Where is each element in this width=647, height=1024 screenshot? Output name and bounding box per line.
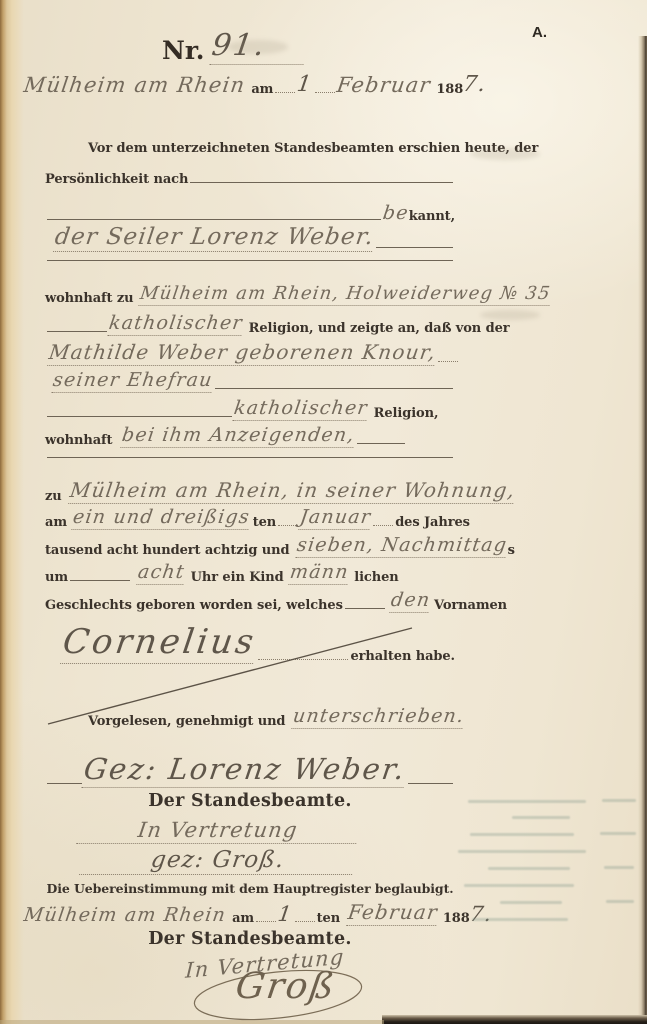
bleed-through-line	[500, 901, 562, 904]
cert-place: Mülheim am Rhein	[22, 904, 227, 926]
cert-month: Februar	[346, 900, 439, 926]
record-number-label: Nr.	[162, 36, 204, 65]
book-binding-edge	[0, 0, 24, 1024]
vorgelesen-label: Vorgelesen, genehmigt und	[88, 714, 285, 729]
bleed-through-line	[464, 884, 574, 887]
in-vertretung-1: In Vertretung	[76, 818, 359, 844]
registrar-title-1: Der Standesbeamte.	[148, 791, 352, 811]
bleed-through-line	[512, 816, 570, 819]
dateline-day: 1	[296, 72, 315, 97]
declarant-name: der Seiler Lorenz Weber.	[53, 224, 376, 252]
zu-label: zu	[45, 489, 62, 504]
bleed-through-smudge	[480, 310, 540, 320]
intro-kannt-label: kannt,	[409, 209, 455, 224]
bleed-through-line	[606, 900, 634, 903]
mother-residence: bei ihm Anzeigenden,	[121, 424, 357, 448]
declarant-signature: Gez: Lorenz Weber.	[81, 752, 408, 788]
vornamen-label: Vornamen	[434, 598, 507, 613]
page-right-edge	[638, 36, 647, 1018]
cert-year-suffix: 7.	[468, 902, 494, 926]
uhr-kind-label: Uhr ein Kind	[191, 570, 284, 585]
bleed-through-line	[602, 799, 636, 802]
child-gender: männ	[288, 561, 350, 585]
wohnhaft-label: wohnhaft	[45, 433, 112, 448]
den-handwritten: den	[389, 589, 432, 613]
birth-day: ein und dreißigs	[71, 506, 251, 530]
certification-statement: Die Uebereinstimmung mit dem Hauptregist…	[46, 881, 453, 896]
intro-persoenlichkeit-label: Persönlichkeit nach	[45, 172, 188, 187]
wohnhaft-zu-label: wohnhaft zu	[45, 291, 134, 306]
um-label: um	[45, 570, 68, 585]
page-bottom-edge	[382, 1015, 647, 1024]
gez-gross: gez: Groß.	[79, 847, 356, 875]
dateline-place: Mülheim am Rhein	[22, 73, 247, 97]
bleed-through-line	[468, 800, 586, 803]
religion2-handwritten: katholischer	[232, 397, 369, 421]
religion1-handwritten: katholischer	[107, 312, 244, 336]
bleed-through-line	[470, 833, 574, 836]
religion2-label: Religion,	[374, 406, 439, 421]
des-jahres-label: des Jahres	[395, 515, 470, 530]
bleed-through-smudge	[470, 148, 540, 160]
intro-be-handwritten: be	[381, 202, 410, 224]
bleed-through-line	[458, 850, 586, 853]
bleed-through-line	[488, 867, 570, 870]
birth-am-label: am	[45, 515, 67, 530]
ten-label: ten	[253, 515, 276, 530]
dateline-year-printed: 188	[436, 82, 463, 97]
s-suffix: s	[508, 543, 515, 558]
mother-name: Mathilde Weber geborenen Knour,	[47, 340, 438, 366]
bleed-through-line	[604, 866, 634, 869]
dateline-year-suffix: 7.	[461, 72, 488, 97]
unterschrieben-handwritten: unterschrieben.	[292, 705, 467, 729]
year-printed: tausend acht hundert achtzig und	[45, 543, 289, 558]
year-handwritten: sieben, Nachmittag	[296, 534, 509, 558]
cert-ten-label: ten	[317, 911, 340, 926]
corner-mark: A.	[532, 24, 547, 41]
lichen-label: lichen	[354, 570, 398, 585]
birthplace: Mülheim am Rhein, in seiner Wohnung,	[68, 478, 517, 504]
declarant-address: Mülheim am Rhein, Holweiderweg № 35	[138, 283, 552, 306]
birth-record-page: A. Nr. 91. Mülheim am Rhein am 1 Februar…	[0, 0, 647, 1024]
dateline-month: Februar	[335, 73, 432, 97]
cert-am-label: am	[232, 911, 254, 926]
cert-year-printed: 188	[443, 911, 470, 926]
birth-month: Januar	[298, 506, 372, 530]
geschlechts-label: Geschlechts geboren worden sei, welches	[45, 598, 343, 613]
religion1-label: Religion, und zeigte an, daß von der	[249, 321, 510, 336]
bleed-through-smudge	[228, 40, 288, 54]
mother-relation: seiner Ehefrau	[51, 369, 214, 393]
dateline-am-label: am	[251, 82, 273, 97]
registrar-signature: Groß	[233, 966, 338, 1007]
bleed-through-line	[600, 832, 636, 835]
birth-hour: acht	[136, 561, 186, 585]
cert-day: 1	[276, 902, 294, 926]
bleed-through-line	[472, 918, 568, 921]
